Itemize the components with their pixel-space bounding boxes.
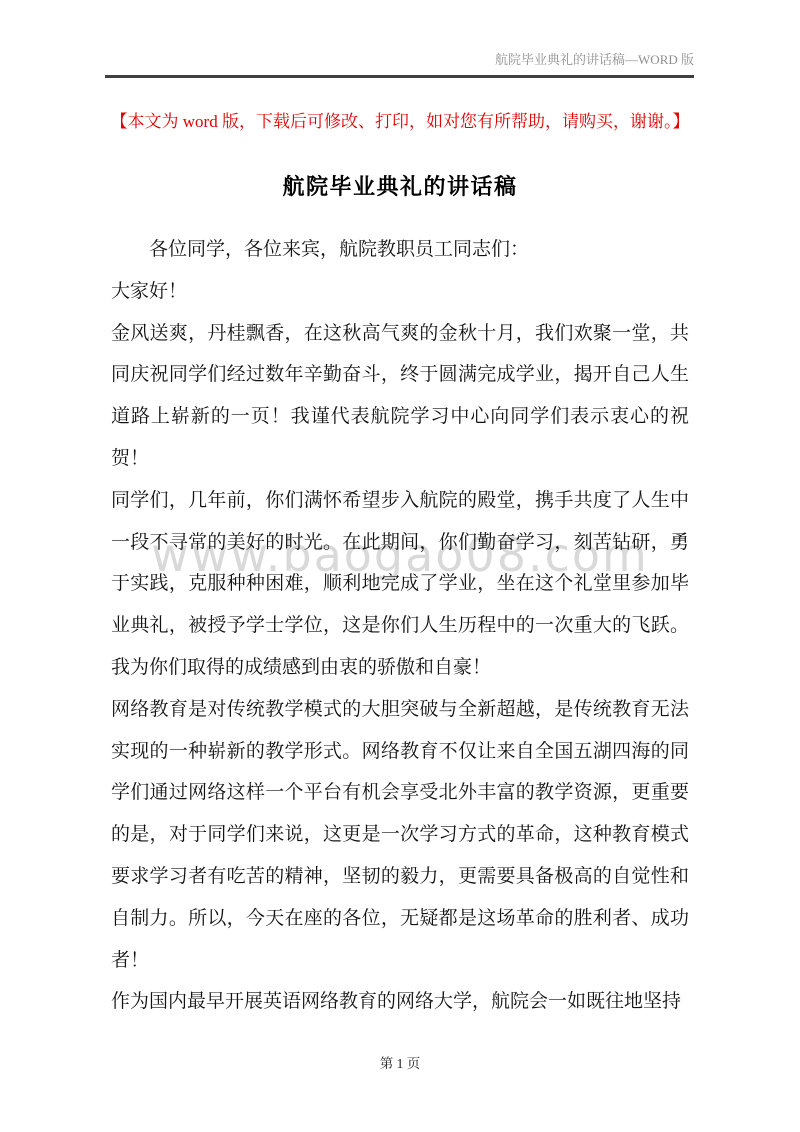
paragraph-online-education: 网络教育是对传统教学模式的大胆突破与全新超越，是传统教育无法实现的一种崭新的教学… bbox=[111, 689, 689, 982]
document-body: 各位同学，各位来宾，航院教职员工同志们： 大家好！ 金风送爽，丹桂飘香，在这秋高… bbox=[111, 229, 689, 1023]
page-header-text: 航院毕业典礼的讲话稿—WORD 版 bbox=[105, 50, 694, 78]
paragraph-salutation: 各位同学，各位来宾，航院教职员工同志们： bbox=[111, 229, 689, 271]
paragraph-students-journey: 同学们，几年前，你们满怀希望步入航院的殿堂，携手共度了人生中一段不寻常的美好的时… bbox=[111, 480, 689, 689]
page-number-label: 第 1 页 bbox=[0, 1052, 800, 1072]
paragraph-university-commitment: 作为国内最早开展英语网络教育的网络大学，航院会一如既往地坚持 bbox=[111, 981, 689, 1023]
document-title: 航院毕业典礼的讲话稿 bbox=[0, 170, 800, 201]
document-page: 航院毕业典礼的讲话稿—WORD 版 【本文为 word 版，下载后可修改、打印，… bbox=[0, 0, 800, 1132]
paragraph-opening: 金风送爽，丹桂飘香，在这秋高气爽的金秋十月，我们欢聚一堂，共同庆祝同学们经过数年… bbox=[111, 313, 689, 480]
paragraph-greeting: 大家好！ bbox=[111, 271, 689, 313]
purchase-notice-text: 【本文为 word 版，下载后可修改、打印，如对您有所帮助，请购买，谢谢。】 bbox=[56, 109, 744, 135]
